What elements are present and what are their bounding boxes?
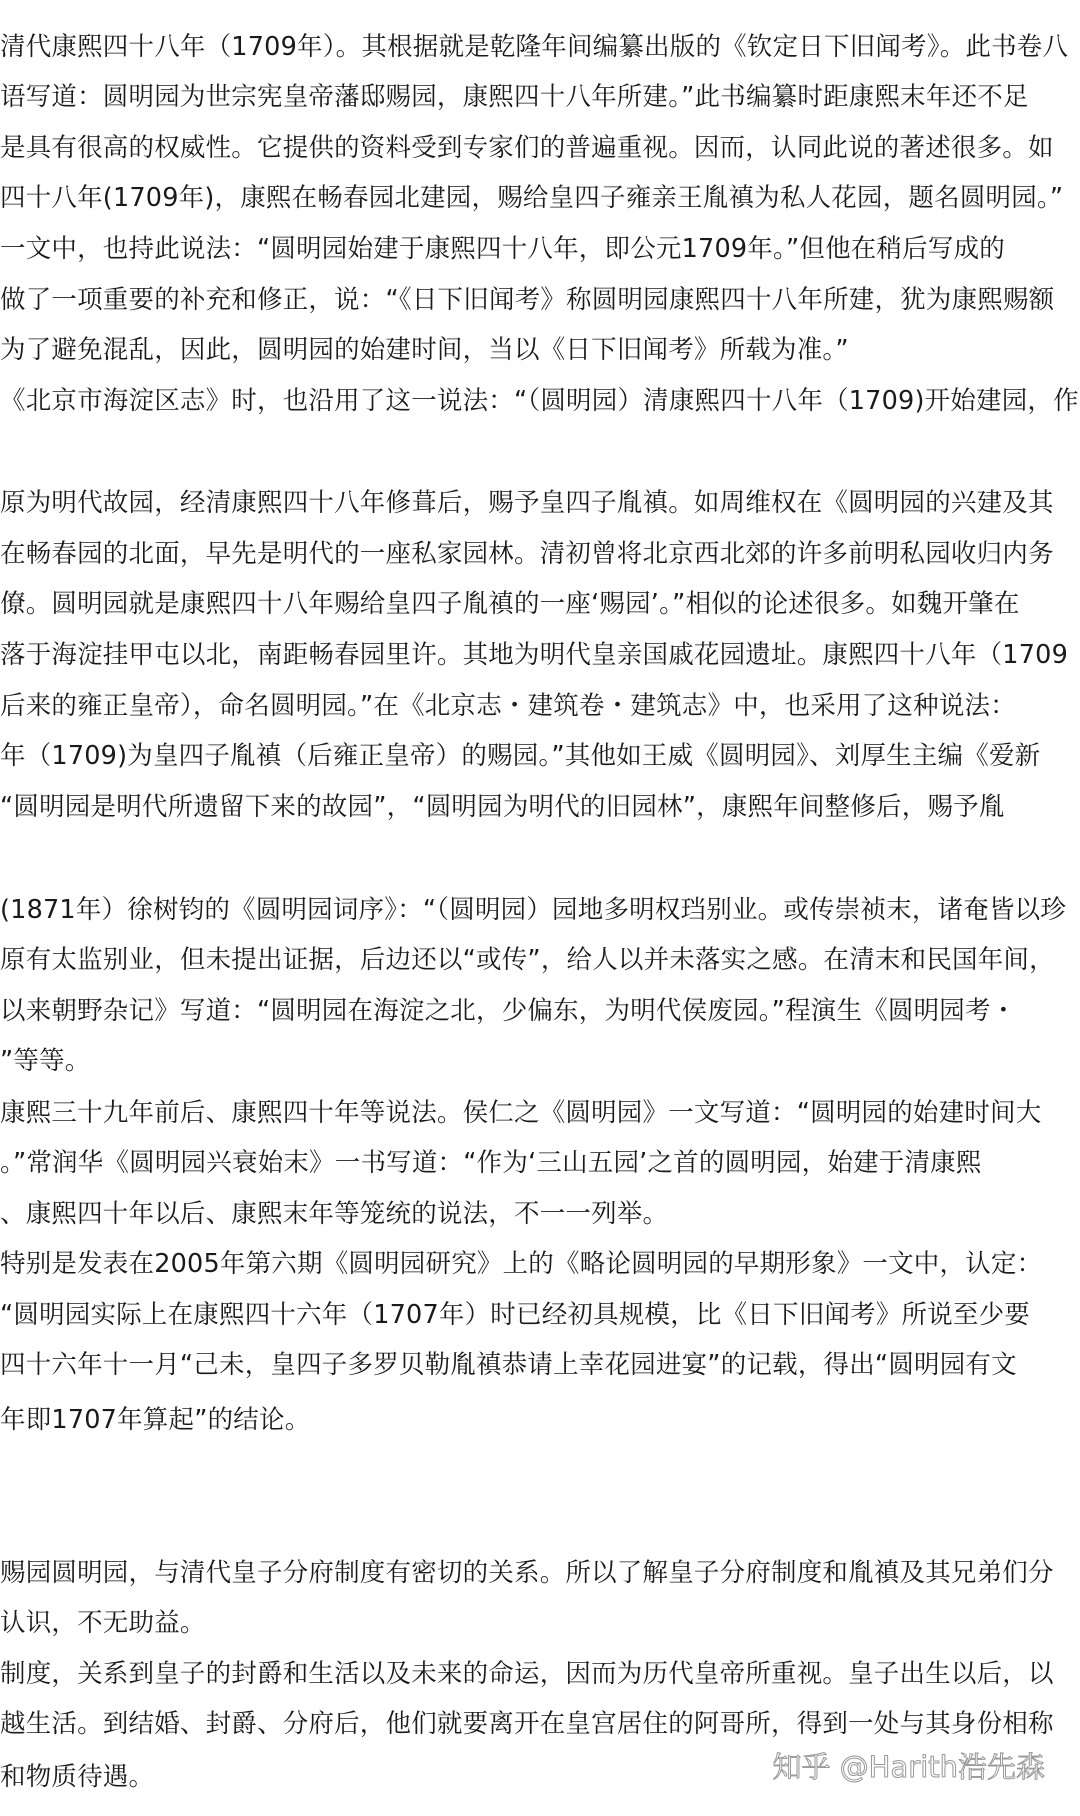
text-line: 四十六年十一月“己未，皇四子多罗贝勒胤禛恭请上幸花园进宴”的记载，得出“圆明园有…	[0, 1348, 1017, 1382]
text-line: 四十八年(1709年)，康熙在畅春园北建园，赐给皇四子雍亲王胤禛为私人花园，题名…	[0, 181, 1063, 215]
text-line: 一文中，也持此说法：“圆明园始建于康熙四十八年，即公元1709年。”但他在稍后写…	[0, 232, 1005, 266]
text-line: 。”常润华《圆明园兴衰始末》一书写道：“作为‘三山五园’之首的圆明园，始建于清康…	[0, 1146, 982, 1180]
text-line: 制度，关系到皇子的封爵和生活以及未来的命运，因而为历代皇帝所重视。皇子出生以后，…	[0, 1657, 1054, 1691]
text-line: 特别是发表在2005年第六期《圆明园研究》上的《略论圆明园的早期形象》一文中，认…	[0, 1247, 1042, 1281]
text-line: 和物质待遇。	[0, 1760, 154, 1794]
text-line: 越生活。到结婚、封爵、分府后，他们就要离开在皇宫居住的阿哥所，得到一处与其身份相…	[0, 1707, 1054, 1741]
text-line: 康熙三十九年前后、康熙四十年等说法。侯仁之《圆明园》一文写道：“圆明园的始建时间…	[0, 1096, 1041, 1130]
text-line: 年（1709)为皇四子胤禛（后雍正皇帝）的赐园。”其他如王威《圆明园》、刘厚生主…	[0, 739, 1040, 773]
text-line: 赐园圆明园，与清代皇子分府制度有密切的关系。所以了解皇子分府制度和胤禛及其兄弟们…	[0, 1556, 1054, 1590]
text-line: ”等等。	[0, 1044, 91, 1078]
text-line: 原有太监别业，但未提出证据，后边还以“或传”，给人以并未落实之感。在清末和民国年…	[0, 943, 1055, 977]
article-page: 清代康熙四十八年（1709年）。其根据就是乾隆年间编纂出版的《钦定日下旧闻考》。…	[0, 0, 1080, 1816]
text-line: 落于海淀挂甲屯以北，南距畅春园里许。其地为明代皇亲国戚花园遗址。康熙四十八年（1…	[0, 638, 1068, 672]
text-line: 语写道：圆明园为世宗宪皇帝藩邸赐园，康熙四十八年所建。”此书编纂时距康熙末年还不…	[0, 80, 1029, 114]
text-line: 做了一项重要的补充和修正，说：“《日下旧闻考》称圆明园康熙四十八年所建，犹为康熙…	[0, 283, 1054, 317]
text-line: “圆明园是明代所遗留下来的故园”，“圆明园为明代的旧园林”，康熙年间整修后，赐予…	[0, 790, 1005, 824]
text-line: 僚。圆明园就是康熙四十八年赐给皇四子胤禛的一座‘赐园’。”相似的论述很多。如魏开…	[0, 587, 1020, 621]
text-line: 以来朝野杂记》写道：“圆明园在海淀之北，少偏东，为明代侯废园。”程演生《圆明园考…	[0, 994, 1016, 1028]
text-line: 《北京市海淀区志》时，也沿用了这一说法：“（圆明园）清康熙四十八年（1709)开…	[0, 384, 1079, 418]
text-line: 、康熙四十年以后、康熙末年等笼统的说法，不一一列举。	[0, 1197, 668, 1231]
text-line: 清代康熙四十八年（1709年）。其根据就是乾隆年间编纂出版的《钦定日下旧闻考》。…	[0, 30, 1068, 64]
text-line: 在畅春园的北面，早先是明代的一座私家园林。清初曾将北京西北郊的许多前明私园收归内…	[0, 537, 1054, 571]
text-line: 为了避免混乱，因此，圆明园的始建时间，当以《日下旧闻考》所载为准。”	[0, 333, 849, 367]
text-line: (1871年）徐树钧的《圆明园词序》：“（圆明园）园地多明权珰别业。或传崇祯末，…	[0, 893, 1066, 927]
text-line: 原为明代故园，经清康熙四十八年修葺后，赐予皇四子胤禛。如周维权在《圆明园的兴建及…	[0, 486, 1054, 520]
text-line: 认识，不无助益。	[0, 1606, 206, 1640]
text-line: 年即1707年算起”的结论。	[0, 1403, 310, 1437]
text-line: “圆明园实际上在康熙四十六年（1707年）时已经初具规模，比《日下旧闻考》所说至…	[0, 1298, 1030, 1332]
watermark: 知乎 @Harith浩先森	[772, 1745, 1045, 1786]
text-line: 后来的雍正皇帝），命名圆明园。”在《北京志・建筑卷・建筑志》中，也采用了这种说法…	[0, 689, 1016, 723]
text-line: 是具有很高的权威性。它提供的资料受到专家们的普遍重视。因而，认同此说的著述很多。…	[0, 131, 1054, 165]
